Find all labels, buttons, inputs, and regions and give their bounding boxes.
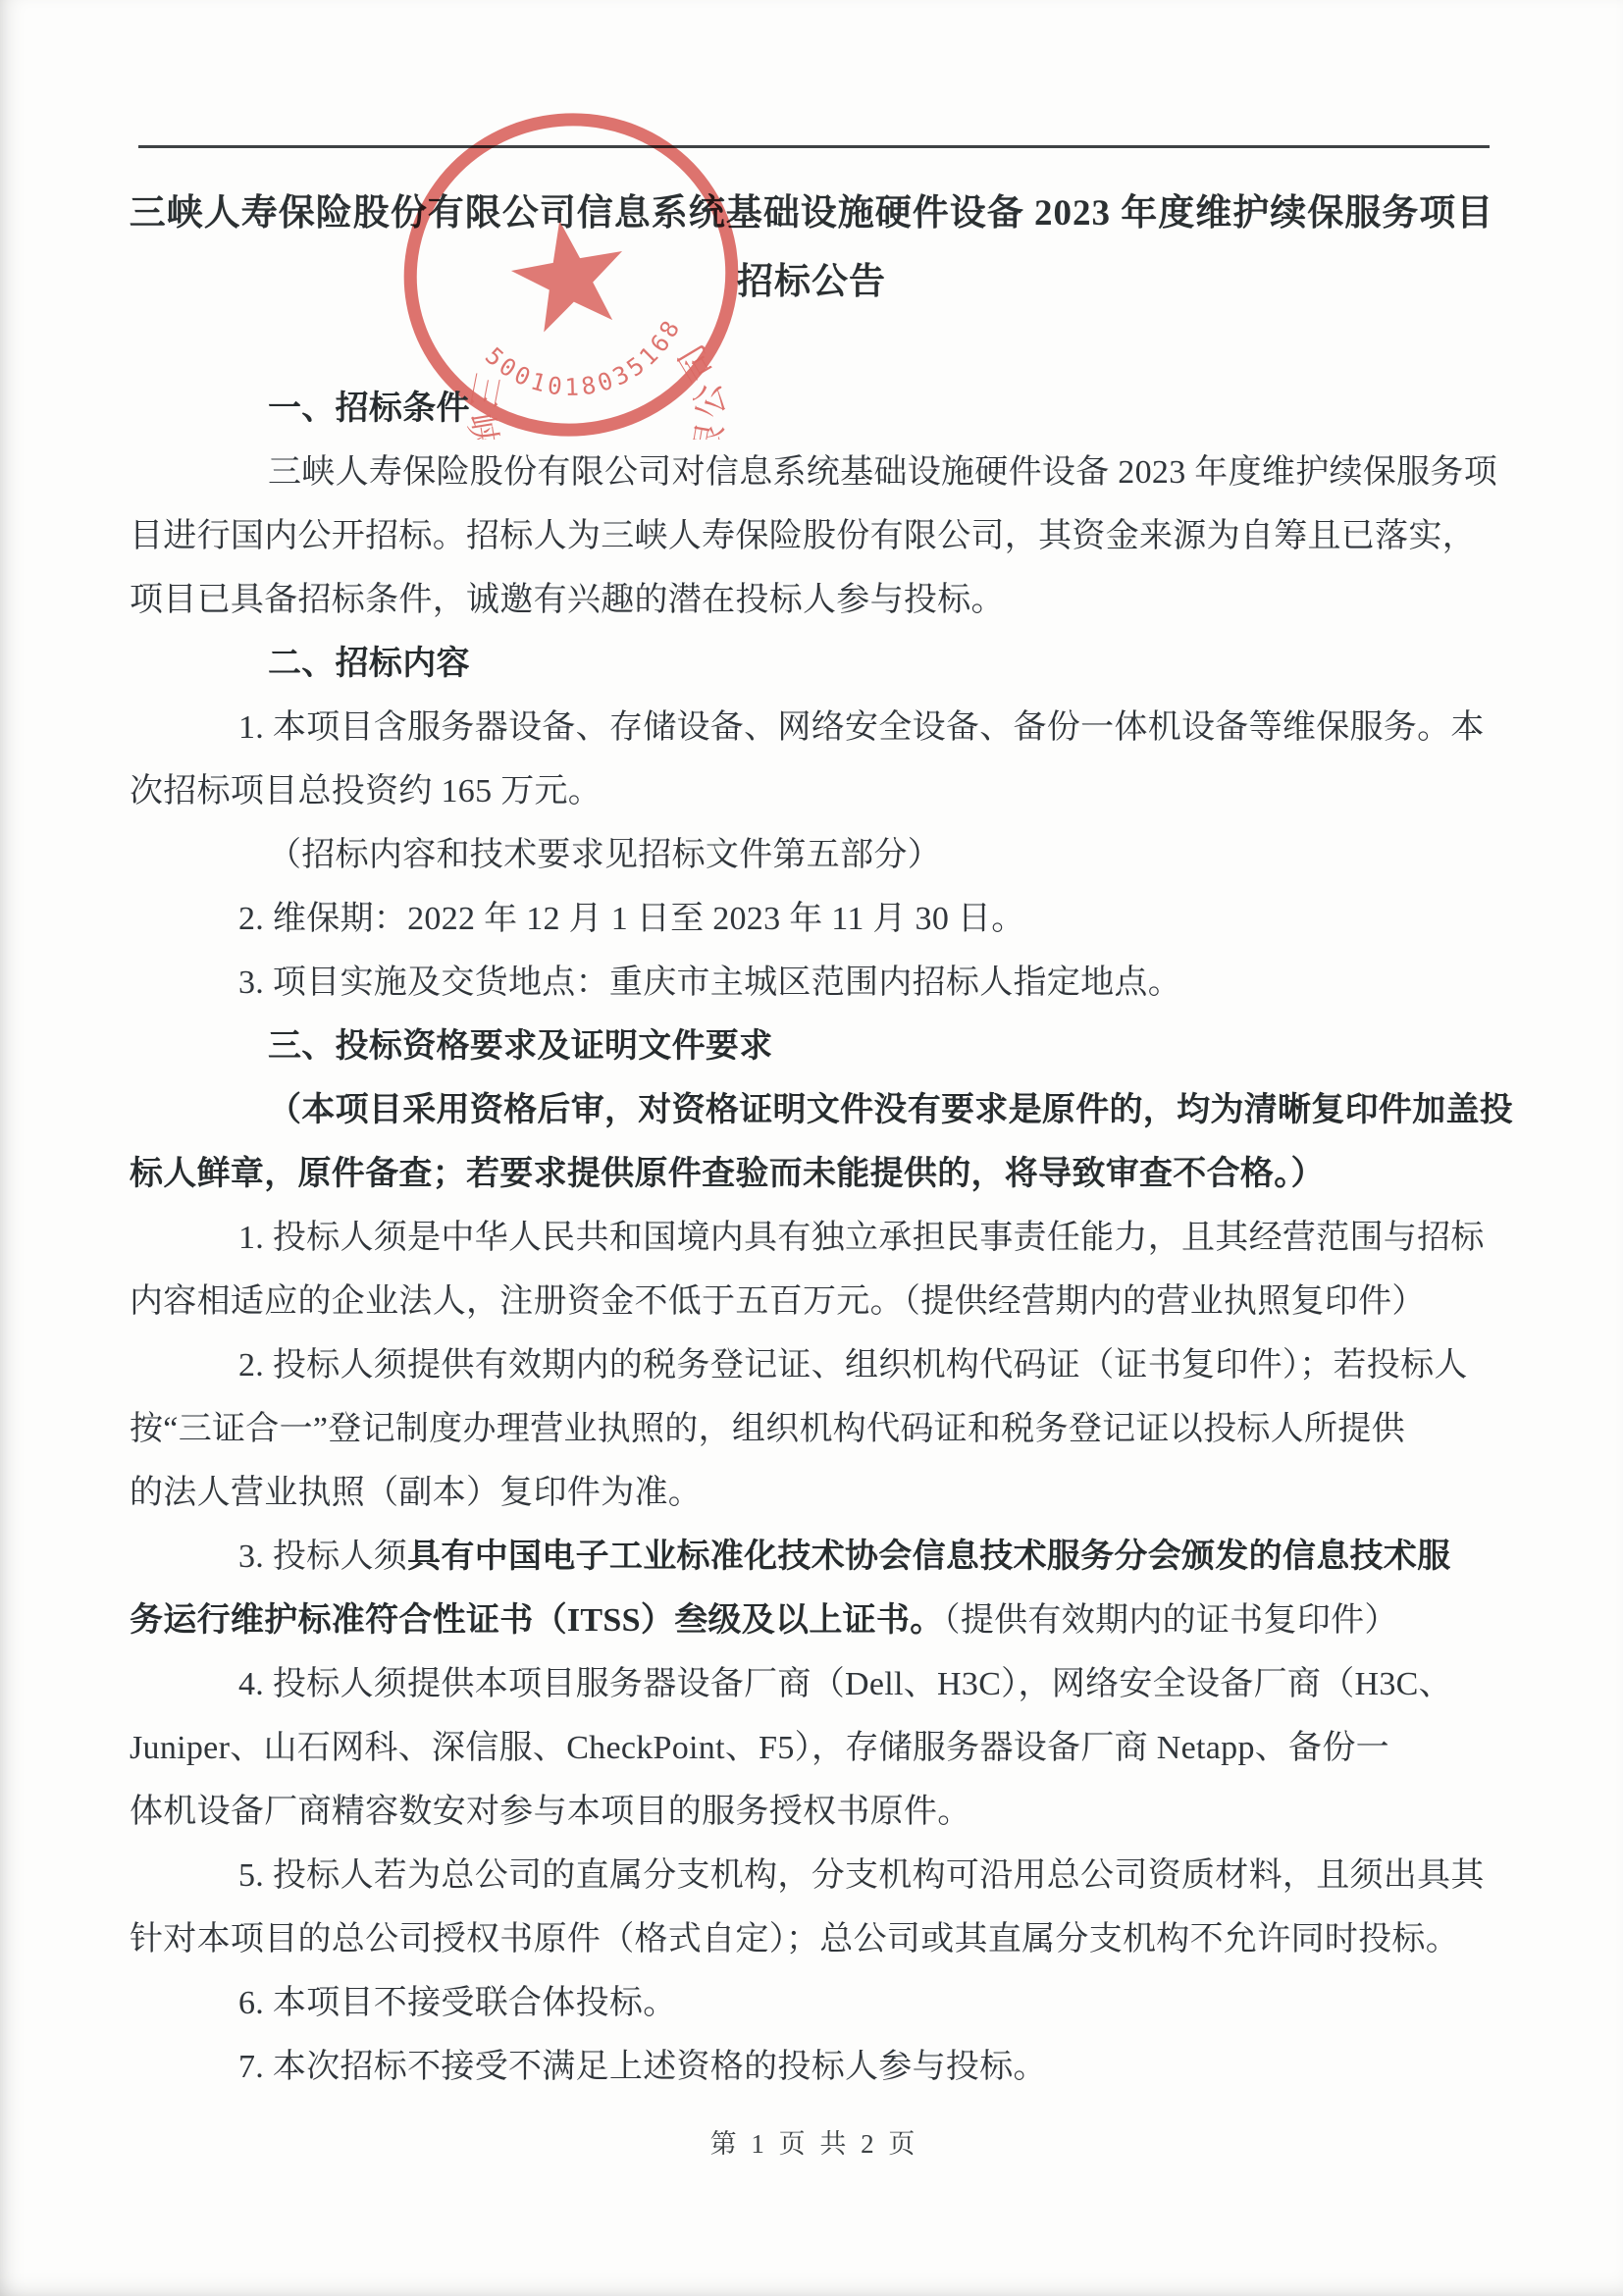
page-footer: 第 1 页 共 2 页 (0, 2119, 1623, 2168)
text-segment: 3. 项目实施及交货地点：重庆市主城区范围内招标人指定地点。 (238, 965, 1181, 1001)
text-line: 一、招标条件 (130, 377, 1503, 441)
text-line: 针对本项目的总公司授权书原件（格式自定）；总公司或其直属分支机构不允许同时投标。 (130, 1907, 1503, 1971)
text-line: 7. 本次招标不接受不满足上述资格的投标人参与投标。 (130, 2035, 1503, 2099)
text-line: 1. 本项目含服务器设备、存储设备、网络安全设备、备份一体机设备等维保服务。本 (130, 696, 1503, 759)
text-line: 5. 投标人若为总公司的直属分支机构，分支机构可沿用总公司资质材料，且须出具其 (130, 1844, 1503, 1907)
text-line: （招标内容和技术要求见招标文件第五部分） (130, 823, 1503, 887)
document-body: 一、招标条件三峡人寿保险股份有限公司对信息系统基础设施硬件设备 2023 年度维… (130, 377, 1503, 2099)
text-segment: 标人鲜章，原件备查；若要求提供原件查验而未能提供的，将导致审查不合格。） (130, 1156, 1325, 1192)
text-segment: 6. 本项目不接受联合体投标。 (238, 1985, 677, 2021)
text-line: 内容相适应的企业法人，注册资金不低于五百万元。（提供经营期内的营业执照复印件） (130, 1270, 1503, 1333)
text-segment: 针对本项目的总公司授权书原件（格式自定）；总公司或其直属分支机构不允许同时投标。 (130, 1921, 1459, 1957)
text-line: 三、投标资格要求及证明文件要求 (130, 1015, 1503, 1078)
title-line-1: 三峡人寿保险股份有限公司信息系统基础设施硬件设备 2023 年度维护续保服务项目 (79, 180, 1544, 248)
text-line: 二、招标内容 (130, 632, 1503, 696)
text-line: 3. 投标人须具有中国电子工业标准化技术协会信息技术服务分会颁发的信息技术服 (130, 1525, 1503, 1589)
document-title: 三峡人寿保险股份有限公司信息系统基础设施硬件设备 2023 年度维护续保服务项目… (79, 180, 1544, 317)
text-segment: 务运行维护标准符合性证书（ITSS）叁级及以上证书。 (130, 1602, 944, 1639)
text-line: 三峡人寿保险股份有限公司对信息系统基础设施硬件设备 2023 年度维护续保服务项 (130, 441, 1503, 504)
title-line-2: 招标公告 (79, 248, 1544, 317)
header-rule (138, 145, 1490, 148)
text-line: 按“三证合一”登记制度办理营业执照的，组织机构代码证和税务登记证以投标人所提供 (130, 1397, 1503, 1461)
text-segment: 三峡人寿保险股份有限公司对信息系统基础设施硬件设备 2023 年度维护续保服务项 (268, 454, 1497, 491)
text-segment: 具有中国电子工业标准化技术协会信息技术服务分会颁发的信息技术服 (407, 1539, 1450, 1575)
seal-star-icon (504, 211, 634, 336)
text-segment: 1. 本项目含服务器设备、存储设备、网络安全设备、备份一体机设备等维保服务。本 (238, 709, 1485, 746)
text-segment: 4. 投标人须提供本项目服务器设备厂商（Dell、H3C），网络安全设备厂商（H… (238, 1666, 1452, 1702)
text-line: （本项目采用资格后审，对资格证明文件没有要求是原件的，均为清晰复印件加盖投 (130, 1078, 1503, 1142)
text-line: 的法人营业执照（副本）复印件为准。 (130, 1461, 1503, 1525)
text-segment: 次招标项目总投资约 165 万元。 (130, 773, 602, 809)
text-segment: （提供有效期内的证书复印件） (944, 1602, 1398, 1639)
text-line: 3. 项目实施及交货地点：重庆市主城区范围内招标人指定地点。 (130, 951, 1503, 1015)
text-segment: 体机设备厂商精容数安对参与本项目的服务授权书原件。 (130, 1794, 971, 1830)
text-line: 目进行国内公开招标。招标人为三峡人寿保险股份有限公司，其资金来源为自筹且已落实， (130, 504, 1503, 568)
text-line: 务运行维护标准符合性证书（ITSS）叁级及以上证书。（提供有效期内的证书复印件） (130, 1589, 1503, 1652)
text-segment: 一、招标条件 (268, 391, 470, 427)
text-line: 6. 本项目不接受联合体投标。 (130, 1971, 1503, 2035)
text-segment: 目进行国内公开招标。招标人为三峡人寿保险股份有限公司，其资金来源为自筹且已落实， (130, 518, 1476, 554)
text-line: 1. 投标人须是中华人民共和国境内具有独立承担民事责任能力，且其经营范围与招标 (130, 1206, 1503, 1270)
text-line: 2. 维保期：2022 年 12 月 1 日至 2023 年 11 月 30 日… (130, 887, 1503, 951)
text-line: 标人鲜章，原件备查；若要求提供原件查验而未能提供的，将导致审查不合格。） (130, 1142, 1503, 1206)
text-line: 次招标项目总投资约 165 万元。 (130, 759, 1503, 823)
text-segment: 三、投标资格要求及证明文件要求 (268, 1028, 773, 1065)
text-segment: 7. 本次招标不接受不满足上述资格的投标人参与投标。 (238, 2049, 1047, 2085)
document-page: 三峡人寿保险股份有限公司信息系统基础设施硬件设备 2023 年度维护续保服务项目… (0, 0, 1623, 2296)
text-segment: 1. 投标人须是中华人民共和国境内具有独立承担民事责任能力，且其经营范围与招标 (238, 1220, 1485, 1256)
text-line: 项目已具备招标条件，诚邀有兴趣的潜在投标人参与投标。 (130, 568, 1503, 632)
text-line: Juniper、山石网科、深信服、CheckPoint、F5），存储服务器设备厂… (130, 1716, 1503, 1780)
text-line: 体机设备厂商精容数安对参与本项目的服务授权书原件。 (130, 1780, 1503, 1844)
text-segment: 的法人营业执照（副本）复印件为准。 (130, 1475, 702, 1511)
text-segment: 内容相适应的企业法人，注册资金不低于五百万元。（提供经营期内的营业执照复印件） (130, 1283, 1426, 1320)
text-segment: 3. 投标人须 (238, 1539, 407, 1575)
text-line: 2. 投标人须提供有效期内的税务登记证、组织机构代码证（证书复印件）；若投标人 (130, 1333, 1503, 1397)
text-segment: 项目已具备招标条件，诚邀有兴趣的潜在投标人参与投标。 (130, 582, 1005, 618)
text-segment: （本项目采用资格后审，对资格证明文件没有要求是原件的，均为清晰复印件加盖投 (268, 1092, 1513, 1128)
text-segment: 5. 投标人若为总公司的直属分支机构，分支机构可沿用总公司资质材料，且须出具其 (238, 1857, 1485, 1894)
text-segment: （招标内容和技术要求见招标文件第五部分） (268, 837, 941, 873)
text-segment: 2. 维保期：2022 年 12 月 1 日至 2023 年 11 月 30 日… (238, 901, 1025, 937)
text-segment: Juniper、山石网科、深信服、CheckPoint、F5），存储服务器设备厂… (130, 1730, 1389, 1766)
text-segment: 二、招标内容 (268, 646, 470, 682)
text-segment: 按“三证合一”登记制度办理营业执照的，组织机构代码证和税务登记证以投标人所提供 (130, 1411, 1405, 1447)
text-segment: 2. 投标人须提供有效期内的税务登记证、组织机构代码证（证书复印件）；若投标人 (238, 1347, 1468, 1383)
text-line: 4. 投标人须提供本项目服务器设备厂商（Dell、H3C），网络安全设备厂商（H… (130, 1652, 1503, 1716)
